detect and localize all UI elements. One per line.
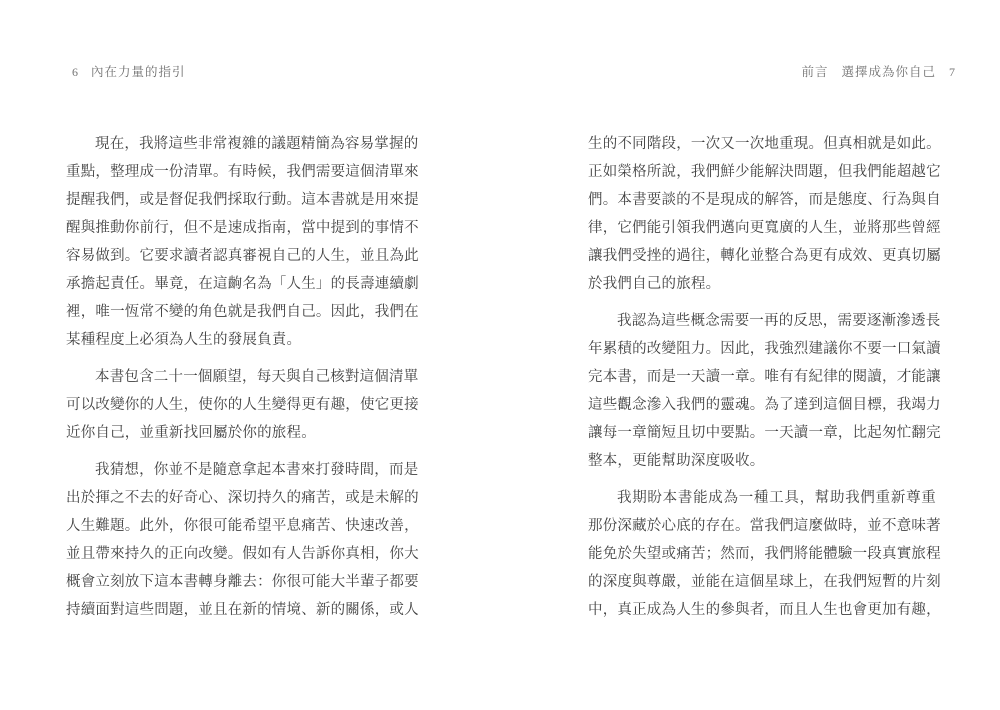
right-header-section-label: 前言 xyxy=(801,62,828,80)
text-line: 讓我們受挫的過往，轉化並整合為更有成效、更真切屬 xyxy=(588,242,936,270)
text-line: 這些觀念滲入我們的靈魂。為了達到這個目標，我竭力 xyxy=(588,391,936,419)
text-line: 某種程度上必須為人生的發展負責。 xyxy=(66,326,414,354)
text-line: 本書包含二十一個願望，每天與自己核對這個清單 xyxy=(66,363,414,391)
text-line: 容易做到。它要求讀者認真審視自己的人生，並且為此 xyxy=(66,242,414,270)
text-line: 承擔起責任。畢竟，在這齣名為「人生」的長壽連續劇 xyxy=(66,270,414,298)
paragraph: 我認為這些概念需要一再的反思，需要逐漸滲透長年累積的改變阻力。因此，我強烈建議你… xyxy=(588,307,936,475)
text-line: 中，真正成為人生的參與者，而且人生也會更加有趣， xyxy=(588,596,936,624)
paragraph: 現在，我將這些非常複雜的議題精簡為容易掌握的重點，整理成一份清單。有時候，我們需… xyxy=(66,130,414,354)
paragraph: 我猜想，你並不是隨意拿起本書來打發時間，而是出於揮之不去的好奇心、深切持久的痛苦… xyxy=(66,456,414,624)
text-line: 生的不同階段，一次又一次地重現。但真相就是如此。 xyxy=(588,130,936,158)
right-header-chapter-title: 選擇成為你自己 xyxy=(841,62,936,80)
text-line: 出於揮之不去的好奇心、深切持久的痛苦，或是未解的 xyxy=(66,484,414,512)
text-line: 裡，唯一恆常不變的角色就是我們自己。因此，我們在 xyxy=(66,298,414,326)
text-line: 現在，我將這些非常複雜的議題精簡為容易掌握的 xyxy=(66,130,414,158)
text-line: 可以改變你的人生，使你的人生變得更有趣，使它更接 xyxy=(66,391,414,419)
text-line: 人生難題。此外，你很可能希望平息痛苦、快速改善， xyxy=(66,512,414,540)
left-page-number: 6 xyxy=(72,65,78,80)
right-page-number: 7 xyxy=(949,65,955,80)
right-page-text: 生的不同階段，一次又一次地重現。但真相就是如此。正如榮格所說，我們鮮少能解決問題… xyxy=(588,130,936,633)
left-page-text: 現在，我將這些非常複雜的議題精簡為容易掌握的重點，整理成一份清單。有時候，我們需… xyxy=(66,130,414,633)
text-line: 並且帶來持久的正向改變。假如有人告訴你真相，你大 xyxy=(66,540,414,568)
left-running-head: 6 內在力量的指引 xyxy=(72,62,186,80)
text-line: 們。本書要談的不是現成的解答，而是態度、行為與自 xyxy=(588,186,936,214)
text-line: 那份深藏於心底的存在。當我們這麼做時，並不意味著 xyxy=(588,512,936,540)
text-line: 醒與推動你前行，但不是速成指南，當中提到的事情不 xyxy=(66,214,414,242)
book-spread: 6 內在力量的指引 前言 選擇成為你自己 7 現在，我將這些非常複雜的議題精簡為… xyxy=(0,0,1000,710)
paragraph: 本書包含二十一個願望，每天與自己核對這個清單可以改變你的人生，使你的人生變得更有… xyxy=(66,363,414,447)
text-line: 我認為這些概念需要一再的反思，需要逐漸滲透長 xyxy=(588,307,936,335)
text-line: 我猜想，你並不是隨意拿起本書來打發時間，而是 xyxy=(66,456,414,484)
paragraph: 我期盼本書能成為一種工具，幫助我們重新尊重那份深藏於心底的存在。當我們這麼做時，… xyxy=(588,484,936,624)
text-line: 正如榮格所說，我們鮮少能解決問題，但我們能超越它 xyxy=(588,158,936,186)
left-header-book-title: 內在力量的指引 xyxy=(91,62,186,80)
text-line: 讓每一章簡短且切中要點。一天讀一章，比起匆忙翻完 xyxy=(588,419,936,447)
text-line: 近你自己，並重新找回屬於你的旅程。 xyxy=(66,419,414,447)
right-running-head: 前言 選擇成為你自己 7 xyxy=(801,62,955,80)
text-line: 概會立刻放下這本書轉身離去：你很可能大半輩子都要 xyxy=(66,568,414,596)
text-line: 的深度與尊嚴，並能在這個星球上，在我們短暫的片刻 xyxy=(588,568,936,596)
text-line: 整本，更能幫助深度吸收。 xyxy=(588,447,936,475)
text-line: 我期盼本書能成為一種工具，幫助我們重新尊重 xyxy=(588,484,936,512)
text-line: 重點，整理成一份清單。有時候，我們需要這個清單來 xyxy=(66,158,414,186)
text-line: 提醒我們，或是督促我們採取行動。這本書就是用來提 xyxy=(66,186,414,214)
text-line: 持續面對這些問題，並且在新的情境、新的關係，或人 xyxy=(66,596,414,624)
text-line: 完本書，而是一天讀一章。唯有有紀律的閱讀，才能讓 xyxy=(588,363,936,391)
text-line: 年累積的改變阻力。因此，我強烈建議你不要一口氣讀 xyxy=(588,335,936,363)
text-line: 能免於失望或痛苦；然而，我們將能體驗一段真實旅程 xyxy=(588,540,936,568)
text-line: 於我們自己的旅程。 xyxy=(588,270,936,298)
text-line: 律，它們能引領我們邁向更寬廣的人生，並將那些曾經 xyxy=(588,214,936,242)
paragraph: 生的不同階段，一次又一次地重現。但真相就是如此。正如榮格所說，我們鮮少能解決問題… xyxy=(588,130,936,298)
